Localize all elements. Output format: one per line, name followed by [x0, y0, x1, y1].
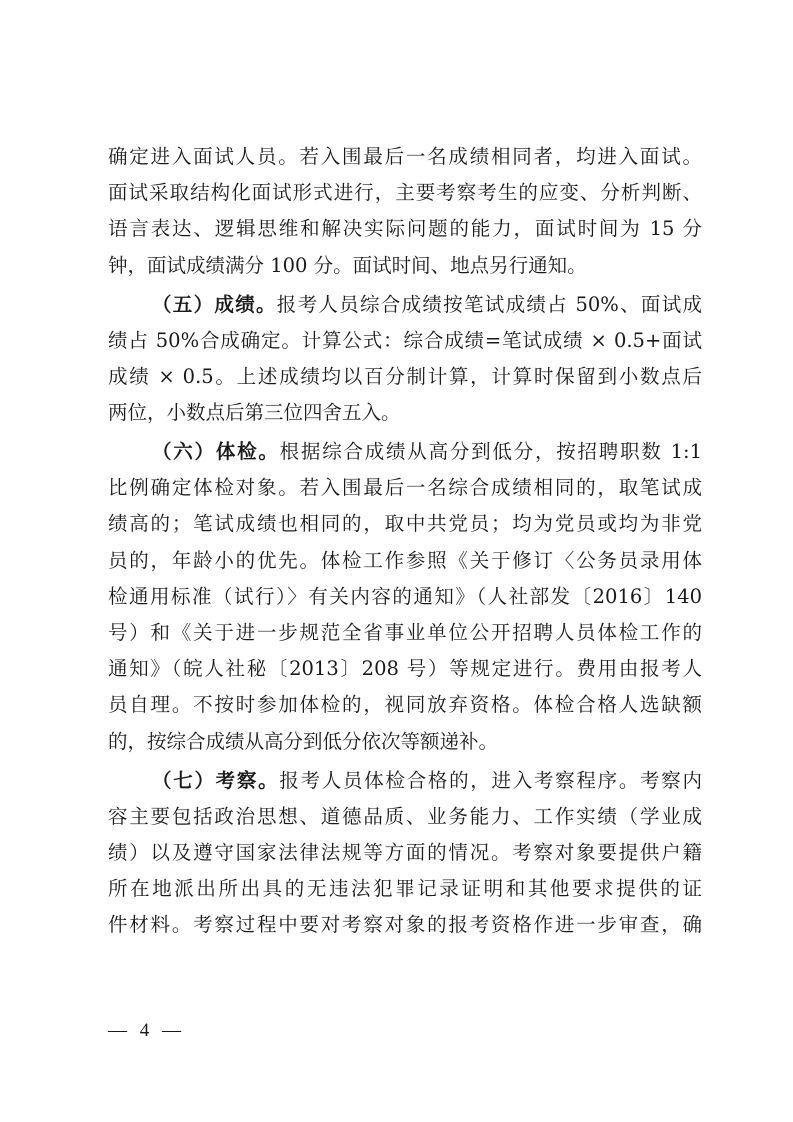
text-run: 根据综合成绩从高分到低分，按招聘职数 1:1	[280, 440, 702, 463]
text-line: 通知》（皖人社秘〔2013〕208 号）等规定进行。费用由报考人	[108, 651, 702, 687]
section-heading-inspection: （七）考察。	[152, 769, 279, 792]
text-line: 员的，年龄小的优先。体检工作参照《关于修订〈公务员录用体	[108, 543, 702, 579]
section-heading-scores: （五）成绩。	[152, 293, 277, 316]
paragraph-section-7-inspection: （七）考察。报考人员体检合格的，进入考察程序。考察内 容主要包括政治思想、道德品…	[108, 763, 702, 944]
paragraph-section-5-scores: （五）成绩。报考人员综合成绩按笔试成绩占 50%、面试成 绩占 50%合成确定。…	[108, 287, 702, 432]
text-line: 绩占 50%合成确定。计算公式：综合成绩=笔试成绩 × 0.5+面试	[108, 323, 702, 359]
text-line: 绩高的；笔试成绩也相同的，取中共党员；均为党员或均为非党	[108, 506, 702, 542]
text-line: 所在地派出所出具的无违法犯罪记录证明和其他要求提供的证	[108, 871, 702, 907]
text-line: 件材料。考察过程中要对考察对象的报考资格作进一步审查，确	[108, 907, 702, 943]
text-line: 钟，面试成绩满分 100 分。面试时间、地点另行通知。	[108, 248, 702, 284]
section-heading-physical-exam: （六）体检。	[152, 440, 280, 463]
text-line: 号）和《关于进一步规范全省事业单位公开招聘人员体检工作的	[108, 615, 702, 651]
paragraph-interview-continued: 确定进入面试人员。若入围最后一名成绩相同者，均进入面试。 面试采取结构化面试形式…	[108, 139, 702, 284]
text-line: 容主要包括政治思想、道德品质、业务能力、工作实绩（学业成	[108, 799, 702, 835]
text-line: 的，按综合成绩从高分到低分依次等额递补。	[108, 724, 702, 760]
text-line: 面试采取结构化面试形式进行，主要考察考生的应变、分析判断、	[108, 175, 702, 211]
text-line: 语言表达、逻辑思维和解决实际问题的能力，面试时间为 15 分	[108, 211, 702, 247]
page-number: — 4 —	[108, 1020, 185, 1042]
text-line: 两位，小数点后第三位四舍五入。	[108, 395, 702, 431]
paragraph-section-6-physical-exam: （六）体检。根据综合成绩从高分到低分，按招聘职数 1:1 比例确定体检对象。若入…	[108, 434, 702, 760]
text-line: 绩）以及遵守国家法律法规等方面的情况。考察对象要提供户籍	[108, 835, 702, 871]
body-text: 确定进入面试人员。若入围最后一名成绩相同者，均进入面试。 面试采取结构化面试形式…	[108, 139, 702, 944]
text-line: （七）考察。报考人员体检合格的，进入考察程序。考察内	[108, 763, 702, 799]
text-line: （六）体检。根据综合成绩从高分到低分，按招聘职数 1:1	[108, 434, 702, 470]
text-line: 比例确定体检对象。若入围最后一名综合成绩相同的，取笔试成	[108, 470, 702, 506]
text-line: 成绩 × 0.5。上述成绩均以百分制计算，计算时保留到小数点后	[108, 359, 702, 395]
text-line: （五）成绩。报考人员综合成绩按笔试成绩占 50%、面试成	[108, 287, 702, 323]
text-line: 员自理。不按时参加体检的，视同放弃资格。体检合格人选缺额	[108, 687, 702, 723]
text-run: 报考人员综合成绩按笔试成绩占 50%、面试成	[277, 293, 702, 316]
document-page: 确定进入面试人员。若入围最后一名成绩相同者，均进入面试。 面试采取结构化面试形式…	[0, 0, 793, 1122]
text-run: 报考人员体检合格的，进入考察程序。考察内	[279, 769, 702, 792]
text-line: 检通用标准（试行）〉有关内容的通知》（人社部发〔2016〕140	[108, 579, 702, 615]
text-line: 确定进入面试人员。若入围最后一名成绩相同者，均进入面试。	[108, 139, 702, 175]
